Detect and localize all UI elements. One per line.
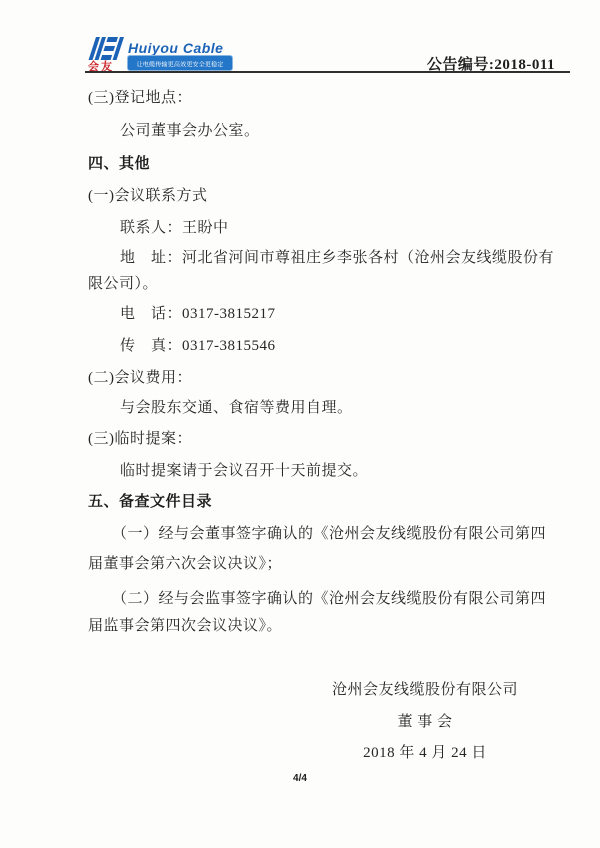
line-address-1: 地 址：河北省河间市尊祖庄乡李张各村（沧州会友线缆股份有 [120,246,554,267]
line-registration-place-value: 公司董事会办公室。 [120,119,260,140]
huiyou-logo-icon [88,37,124,60]
line-fax: 传 真：0317-3815546 [120,334,276,355]
line-contact-method-heading: (一)会议联系方式 [88,184,208,205]
line-registration-place-label: (三)登记地点： [88,86,192,107]
line-contact-person: 联系人：王盼中 [120,216,229,237]
line-meeting-fees-heading: (二)会议费用： [88,366,192,387]
signature-company: 沧州会友线缆股份有限公司 [280,678,570,699]
line-document2-part1: （二）经与会监事签字确认的《沧州会友线缆股份有限公司第四 [112,587,546,608]
line-document1-part1: （一）经与会董事签字确认的《沧州会友线缆股份有限公司第四 [112,522,546,543]
heading-section5-documents: 五、备查文件目录 [88,490,212,511]
document-page: 会友 Huiyou Cable 让电缆传输更高效更安全更稳定 公告编号:2018… [0,0,600,848]
line-interim-proposal-value: 临时提案请于会议召开十天前提交。 [120,459,368,480]
line-interim-proposal-heading: (三)临时提案： [88,427,192,448]
line-document1-part2: 届董事会第六次会议决议》； [88,552,282,573]
line-meeting-fees-value: 与会股东交通、食宿等费用自理。 [120,396,353,417]
logo-slogan-text: 让电缆传输更高效更安全更稳定 [137,58,224,67]
signature-date: 2018 年 4 月 24 日 [280,741,570,762]
header-divider [85,71,570,73]
page-number: 4/4 [0,773,600,784]
heading-section4-other: 四、其他 [88,152,150,173]
logo-slogan-banner: 让电缆传输更高效更安全更稳定 [127,55,233,71]
signature-board: 董 事 会 [280,710,570,731]
line-document2-part2: 届监事会第四次会议决议》。 [88,614,282,635]
line-address-2: 限公司）。 [88,272,158,293]
line-phone: 电 话：0317-3815217 [120,302,276,323]
